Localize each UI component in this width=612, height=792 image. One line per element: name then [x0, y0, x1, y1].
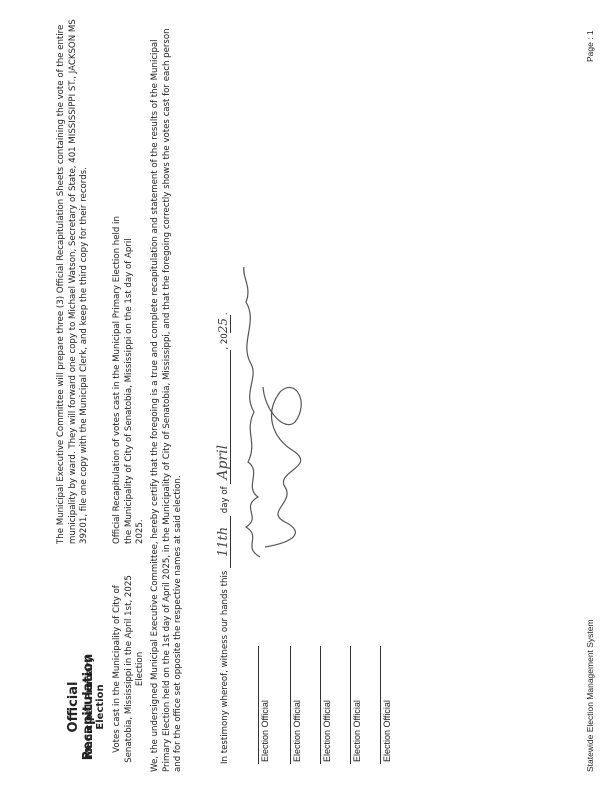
- instructions-text: The Municipal Executive Committee will p…: [56, 16, 91, 544]
- election-official-label: Election Official: [260, 700, 270, 762]
- signature-scribble-2: [255, 362, 325, 562]
- signature-line[interactable]: [380, 646, 381, 764]
- signature-line[interactable]: [320, 646, 321, 764]
- certification-text: We, the undersigned Municipal Executive …: [150, 12, 185, 772]
- testimony-suffix: .: [220, 313, 230, 316]
- signature-line[interactable]: [258, 646, 259, 764]
- election-official-label: Election Official: [352, 700, 362, 762]
- document-page: Official Recapitulation Municipal Primar…: [0, 0, 612, 792]
- recap-statement: Official Recapitulation of votes cast in…: [112, 214, 147, 544]
- votes-cast-label: Votes cast in the Municipality of City o…: [112, 566, 147, 772]
- signature-line[interactable]: [350, 646, 351, 764]
- election-official-label: Election Official: [382, 700, 392, 762]
- testimony-prefix: In testimony whereof, witness our hands …: [220, 571, 230, 764]
- testimony-day-of: day of: [220, 486, 230, 513]
- testimony-day-field[interactable]: 11th: [218, 516, 231, 568]
- footer-system-name: Statewide Election Management System: [585, 619, 595, 772]
- testimony-year-prefix: , 20: [220, 333, 230, 349]
- document-subtitle: Municipal Primary Election: [84, 642, 106, 772]
- signature-line[interactable]: [290, 646, 291, 764]
- testimony-line: In testimony whereof, witness our hands …: [218, 204, 232, 764]
- testimony-year-field[interactable]: 25: [218, 315, 231, 333]
- election-official-label: Election Official: [322, 700, 332, 762]
- footer-page-number: Page : 1: [585, 30, 595, 62]
- testimony-month-field[interactable]: April: [218, 350, 231, 484]
- election-official-label: Election Official: [292, 700, 302, 762]
